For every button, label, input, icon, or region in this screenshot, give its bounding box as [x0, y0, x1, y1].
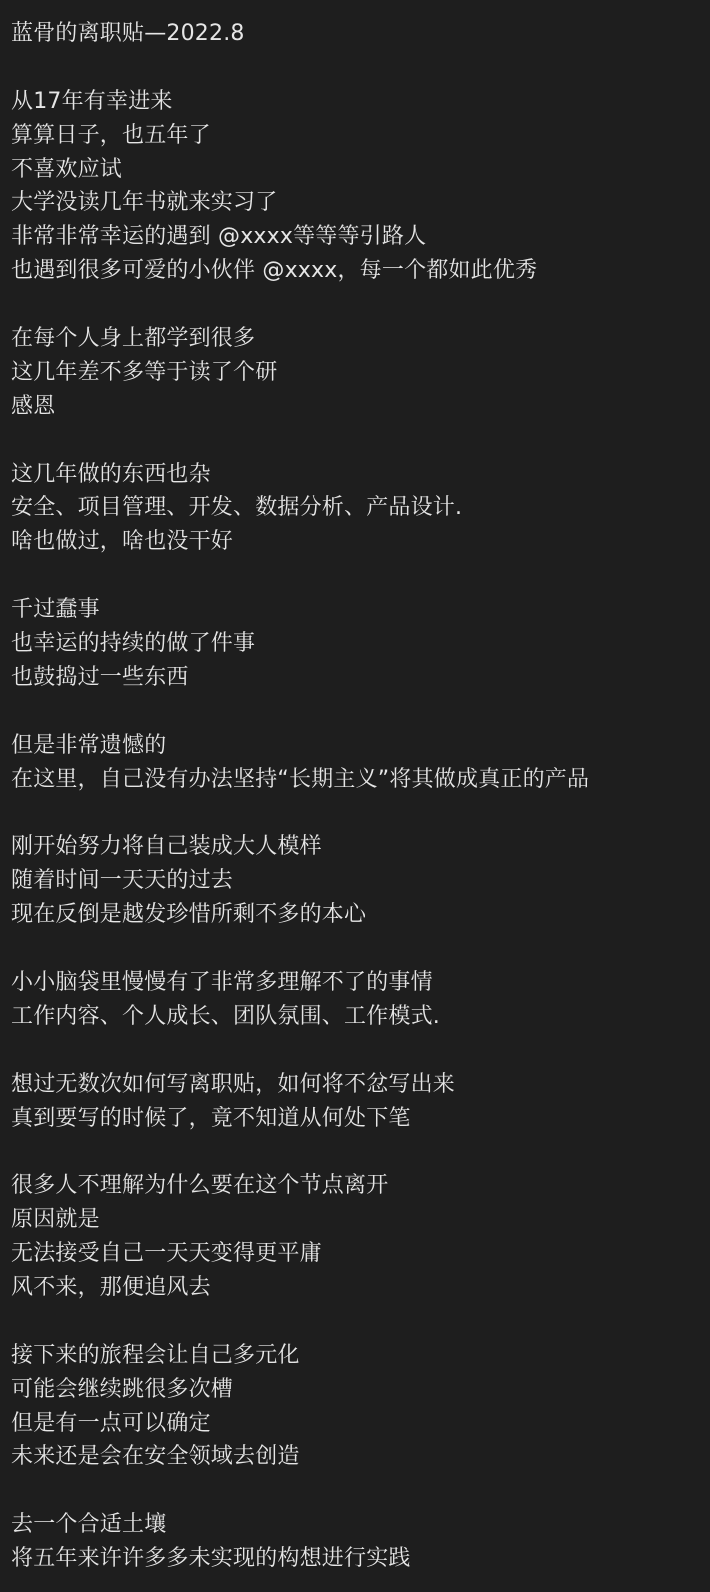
text-line	[11, 51, 710, 85]
text-line	[11, 1474, 710, 1508]
text-line	[11, 1305, 710, 1339]
text-line: 可能会继续跳很多次槽	[11, 1373, 710, 1407]
text-line: 风不来，那便追风去	[11, 1271, 710, 1305]
text-line: 小小脑袋里慢慢有了非常多理解不了的事情	[11, 966, 710, 1000]
text-line: 未来还是会在安全领域去创造	[11, 1440, 710, 1474]
text-line	[11, 695, 710, 729]
text-line	[11, 288, 710, 322]
text-line: 在这里，自己没有办法坚持“长期主义”将其做成真正的产品	[11, 763, 710, 797]
text-line: 非常非常幸运的遇到 @xxxx等等等引路人	[11, 220, 710, 254]
text-line	[11, 932, 710, 966]
text-line: 但是非常遗憾的	[11, 729, 710, 763]
text-line: 将五年来许许多多未实现的构想进行实践	[11, 1542, 710, 1576]
text-line: 也幸运的持续的做了件事	[11, 627, 710, 661]
text-line: 这几年差不多等于读了个研	[11, 356, 710, 390]
text-line	[11, 1034, 710, 1068]
text-line	[11, 796, 710, 830]
text-line: 想过无数次如何写离职贴，如何将不忿写出来	[11, 1068, 710, 1102]
text-line: 千过蠢事	[11, 593, 710, 627]
text-line: 也遇到很多可爱的小伙伴 @xxxx，每一个都如此优秀	[11, 254, 710, 288]
text-line: 感恩	[11, 390, 710, 424]
document-title: 蓝骨的离职贴—2022.8	[11, 17, 710, 51]
text-line: 接下来的旅程会让自己多元化	[11, 1339, 710, 1373]
text-line: 无法接受自己一天天变得更平庸	[11, 1237, 710, 1271]
text-line: 工作内容、个人成长、团队氛围、工作模式.	[11, 1000, 710, 1034]
text-line: 去一个合适土壤	[11, 1508, 710, 1542]
text-line	[11, 1135, 710, 1169]
text-line: 刚开始努力将自己装成大人模样	[11, 830, 710, 864]
text-line: 算算日子，也五年了	[11, 119, 710, 153]
text-line: 真到要写的时候了，竟不知道从何处下笔	[11, 1102, 710, 1136]
text-line: 原因就是	[11, 1203, 710, 1237]
text-line: 但是有一点可以确定	[11, 1407, 710, 1441]
text-line: 安全、项目管理、开发、数据分析、产品设计.	[11, 491, 710, 525]
text-line: 随着时间一天天的过去	[11, 864, 710, 898]
text-line	[11, 559, 710, 593]
text-line: 这几年做的东西也杂	[11, 458, 710, 492]
document-body: 蓝骨的离职贴—2022.8 从17年有幸进来 算算日子，也五年了 不喜欢应试 大…	[0, 0, 710, 1576]
text-line: 不喜欢应试	[11, 153, 710, 187]
text-line: 大学没读几年书就来实习了	[11, 186, 710, 220]
text-line: 现在反倒是越发珍惜所剩不多的本心	[11, 898, 710, 932]
text-line: 在每个人身上都学到很多	[11, 322, 710, 356]
text-line: 从17年有幸进来	[11, 85, 710, 119]
text-line: 很多人不理解为什么要在这个节点离开	[11, 1169, 710, 1203]
text-line: 也鼓捣过一些东西	[11, 661, 710, 695]
text-line: 啥也做过，啥也没干好	[11, 525, 710, 559]
text-line	[11, 424, 710, 458]
